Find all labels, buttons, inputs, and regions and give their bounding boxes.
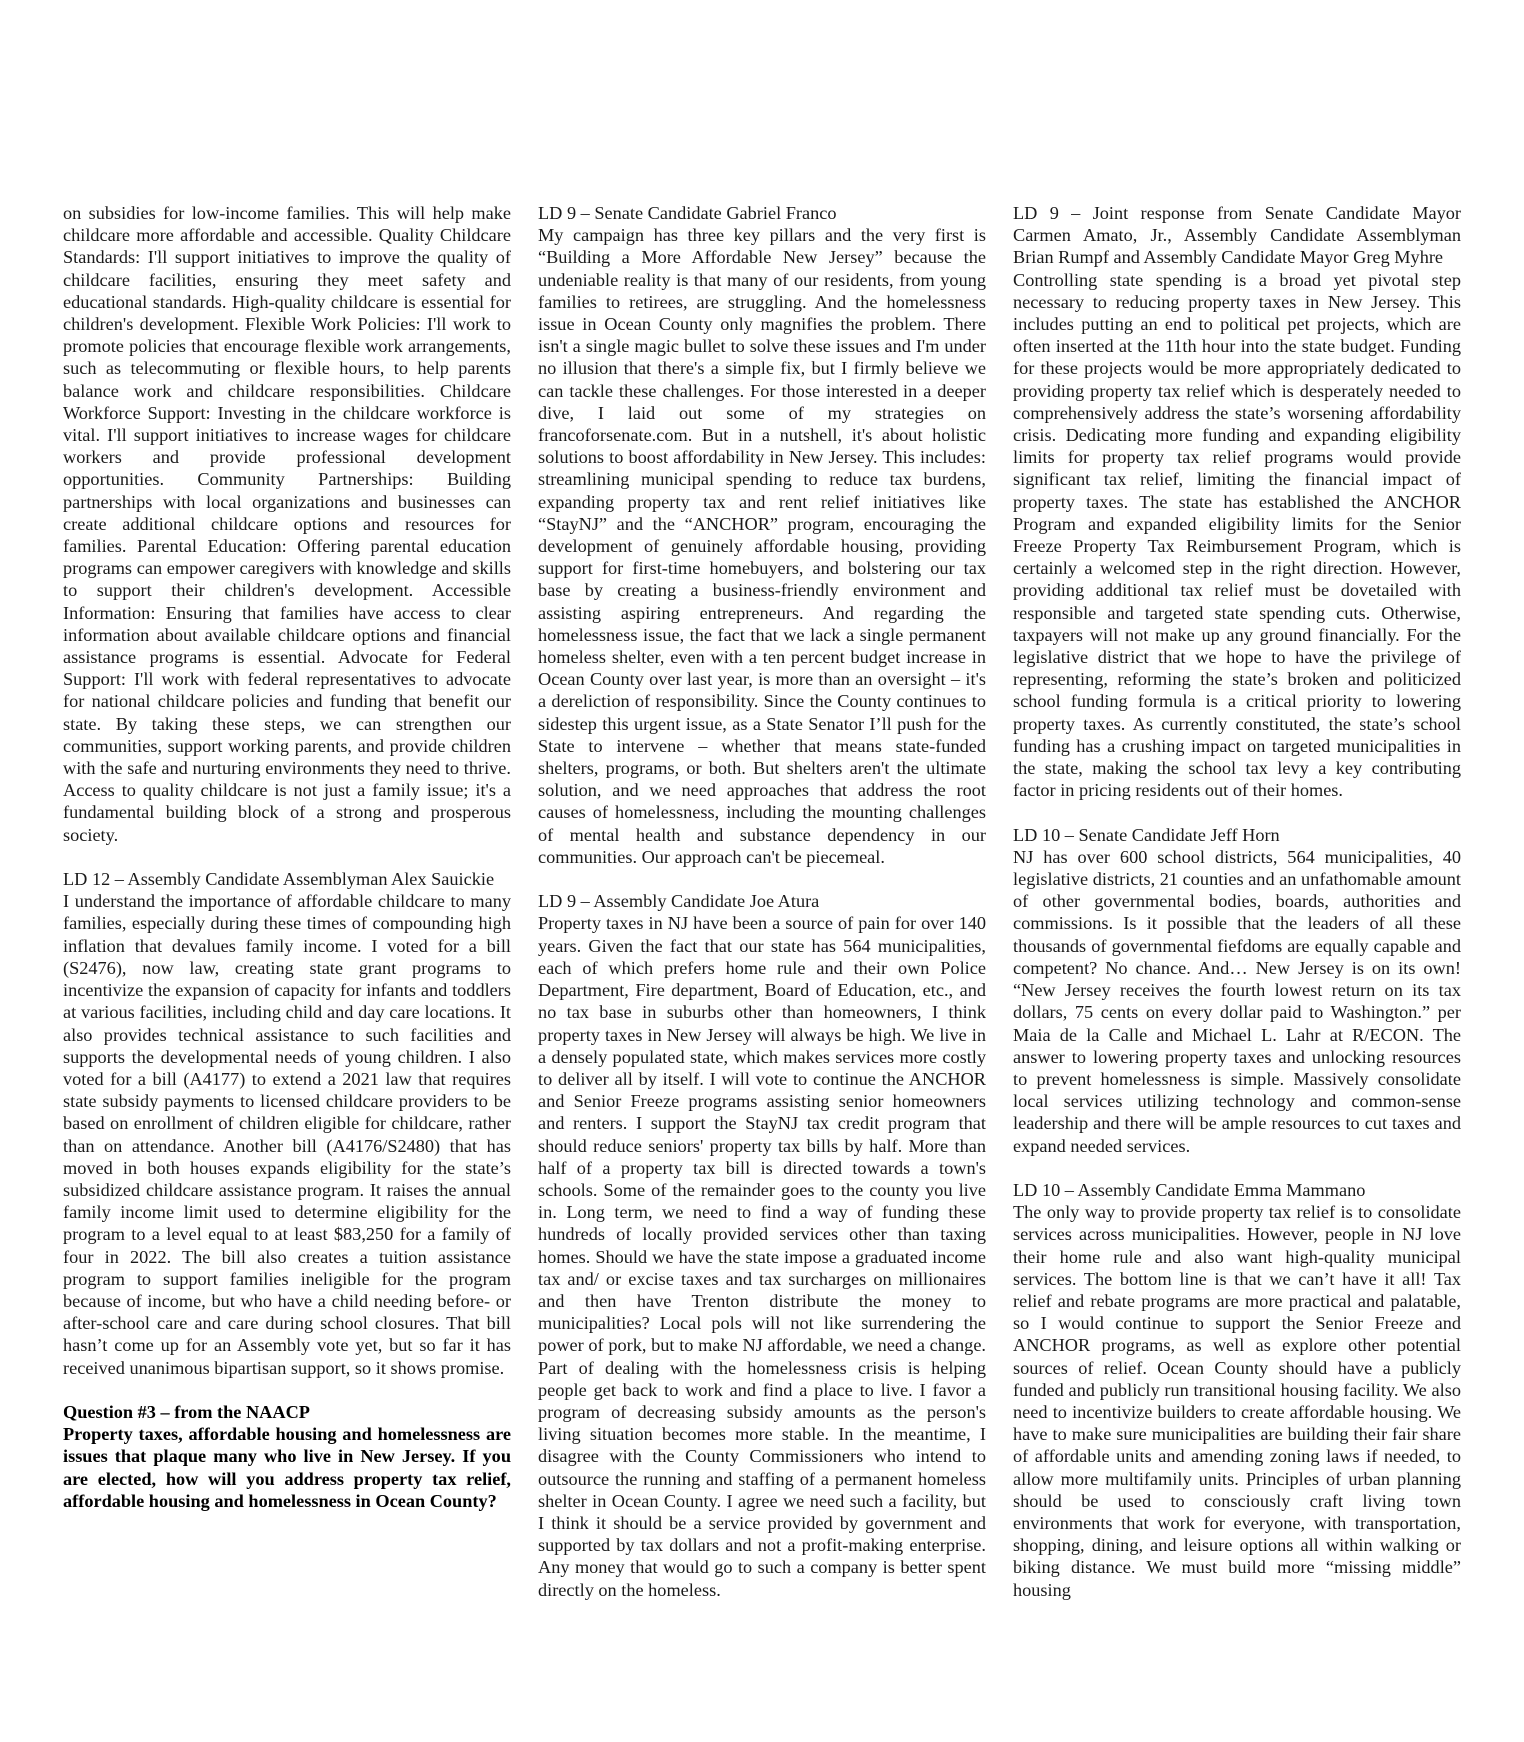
question-body: Property taxes, affordable housing and h… [63,1423,511,1512]
article-body: The only way to provide property tax rel… [1013,1201,1461,1601]
article-ld12-sauickie: LD 12 – Assembly Candidate Assemblyman A… [63,868,511,1379]
column-1: on subsidies for low-income families. Th… [63,202,511,1534]
question-block: Question #3 – from the NAACP Property ta… [63,1401,511,1512]
article-body: My campaign has three key pillars and th… [538,224,986,868]
article-ld10-mammano: LD 10 – Assembly Candidate Emma Mammano … [1013,1179,1461,1601]
article-ld9-franco: LD 9 – Senate Candidate Gabriel Franco M… [538,202,986,868]
article-heading: LD 10 – Assembly Candidate Emma Mammano [1013,1179,1461,1201]
article-heading: LD 12 – Assembly Candidate Assemblyman A… [63,868,511,890]
newspaper-page: on subsidies for low-income families. Th… [0,0,1524,1742]
article-ld10-horn: LD 10 – Senate Candidate Jeff Horn NJ ha… [1013,824,1461,1157]
column-2: LD 9 – Senate Candidate Gabriel Franco M… [538,202,986,1623]
article-ld9-joint-response: LD 9 – Joint response from Senate Candid… [1013,202,1461,801]
article-heading: LD 9 – Assembly Candidate Joe Atura [538,890,986,912]
article-heading: LD 10 – Senate Candidate Jeff Horn [1013,824,1461,846]
column-3: LD 9 – Joint response from Senate Candid… [1013,202,1461,1623]
article-heading: LD 9 – Joint response from Senate Candid… [1013,202,1461,269]
article-body: NJ has over 600 school districts, 564 mu… [1013,846,1461,1157]
article-body: on subsidies for low-income families. Th… [63,202,511,846]
article-heading: LD 9 – Senate Candidate Gabriel Franco [538,202,986,224]
question-heading: Question #3 – from the NAACP [63,1401,511,1423]
article-continuation: on subsidies for low-income families. Th… [63,202,511,846]
article-body: Controlling state spending is a broad ye… [1013,269,1461,802]
article-ld9-atura: LD 9 – Assembly Candidate Joe Atura Prop… [538,890,986,1601]
article-body: Property taxes in NJ have been a source … [538,912,986,1600]
article-body: I understand the importance of affordabl… [63,890,511,1378]
